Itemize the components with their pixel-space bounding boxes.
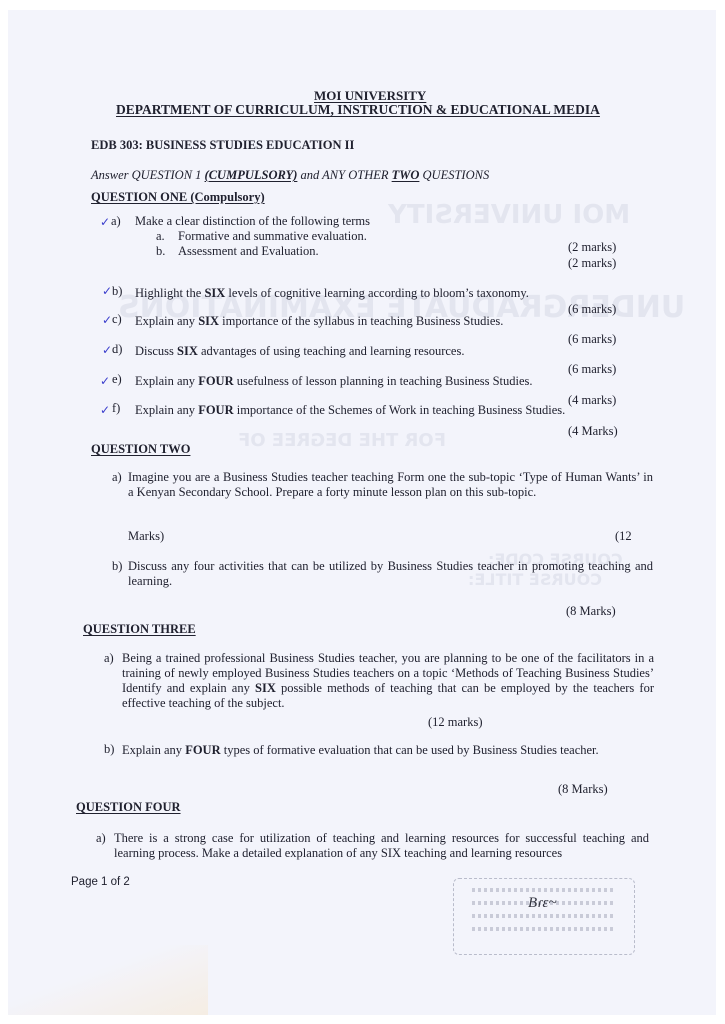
- q3b-label: b): [104, 742, 114, 757]
- q1a-label: a): [111, 214, 121, 229]
- q1b-label: b): [112, 284, 122, 299]
- q2a-label: a): [112, 470, 122, 485]
- q1d-label: d): [112, 342, 122, 357]
- q2a-marks-left: Marks): [128, 529, 164, 544]
- q3b-marks: (8 Marks): [558, 782, 608, 797]
- tick-mark-icon: ✓: [102, 284, 112, 298]
- exam-instructions: Answer QUESTION 1 (CUMPULSORY) and ANY O…: [91, 168, 489, 183]
- question-three-title: QUESTION THREE: [83, 622, 196, 637]
- q1e-marks: (4 marks): [568, 393, 616, 408]
- q1e-label: e): [112, 372, 122, 387]
- tick-mark-icon: ✓: [100, 403, 110, 417]
- tick-mark-icon: ✓: [102, 313, 112, 327]
- question-one-title: QUESTION ONE (Compulsory): [91, 190, 265, 205]
- q1b-text: Highlight the SIX levels of cognitive le…: [135, 286, 529, 301]
- q1f-marks: (4 Marks): [568, 424, 618, 439]
- exam-page: MOI UNIVERSITY UNDERGRADUATE EXAMINATION…: [8, 10, 716, 1015]
- q2b-marks: (8 Marks): [566, 604, 616, 619]
- question-four-title: QUESTION FOUR: [76, 800, 181, 815]
- q2b-label: b): [112, 559, 122, 574]
- q1d-marks: (6 marks): [568, 362, 616, 377]
- q2a-text: Imagine you are a Business Studies teach…: [128, 470, 653, 500]
- show-through-artifact: MOI UNIVERSITY: [388, 200, 630, 230]
- tick-mark-icon: ✓: [102, 343, 112, 357]
- course-title: EDB 303: BUSINESS STUDIES EDUCATION II: [91, 138, 354, 153]
- q3b-text: Explain any FOUR types of formative eval…: [122, 743, 599, 758]
- q3a-label: a): [104, 651, 114, 666]
- q1c-marks: (6 marks): [568, 332, 616, 347]
- q1d-text: Discuss SIX advantages of using teaching…: [135, 344, 464, 359]
- q2b-text: Discuss any four activities that can be …: [128, 559, 653, 589]
- q1a-sub-a-label: a.: [156, 229, 165, 244]
- q2a-marks-right: (12: [615, 529, 632, 544]
- page-number: Page 1 of 2: [71, 876, 130, 888]
- show-through-artifact: FOR THE DEGREE OF: [238, 430, 446, 451]
- q1a-sub-a-marks: (2 marks): [568, 240, 616, 255]
- q3a-text: Being a trained professional Business St…: [122, 651, 654, 711]
- q1b-marks: (6 marks): [568, 302, 616, 317]
- q1a-sub-a-text: Formative and summative evaluation.: [178, 229, 367, 244]
- q1c-text: Explain any SIX importance of the syllab…: [135, 314, 503, 329]
- office-stamp: [453, 878, 635, 955]
- question-two-title: QUESTION TWO: [91, 442, 190, 457]
- tick-mark-icon: ✓: [100, 215, 110, 229]
- q4a-text: There is a strong case for utilization o…: [114, 831, 649, 861]
- department-name: DEPARTMENT OF CURRICULUM, INSTRUCTION & …: [116, 102, 600, 118]
- q1c-label: c): [112, 312, 122, 327]
- q1e-text: Explain any FOUR usefulness of lesson pl…: [135, 374, 533, 389]
- q3a-marks: (12 marks): [428, 715, 483, 730]
- paper-stain: [8, 945, 208, 1015]
- q1a-sub-b-text: Assessment and Evaluation.: [178, 244, 319, 259]
- q4a-label: a): [96, 831, 106, 846]
- q1a-sub-b-label: b.: [156, 244, 165, 259]
- q1a-sub-b-marks: (2 marks): [568, 256, 616, 271]
- tick-mark-icon: ✓: [100, 374, 110, 388]
- q1a-text: Make a clear distinction of the followin…: [135, 214, 370, 229]
- q1f-label: f): [112, 401, 120, 416]
- signature: Bɾɛ~: [528, 895, 557, 912]
- q1f-text: Explain any FOUR importance of the Schem…: [135, 403, 565, 418]
